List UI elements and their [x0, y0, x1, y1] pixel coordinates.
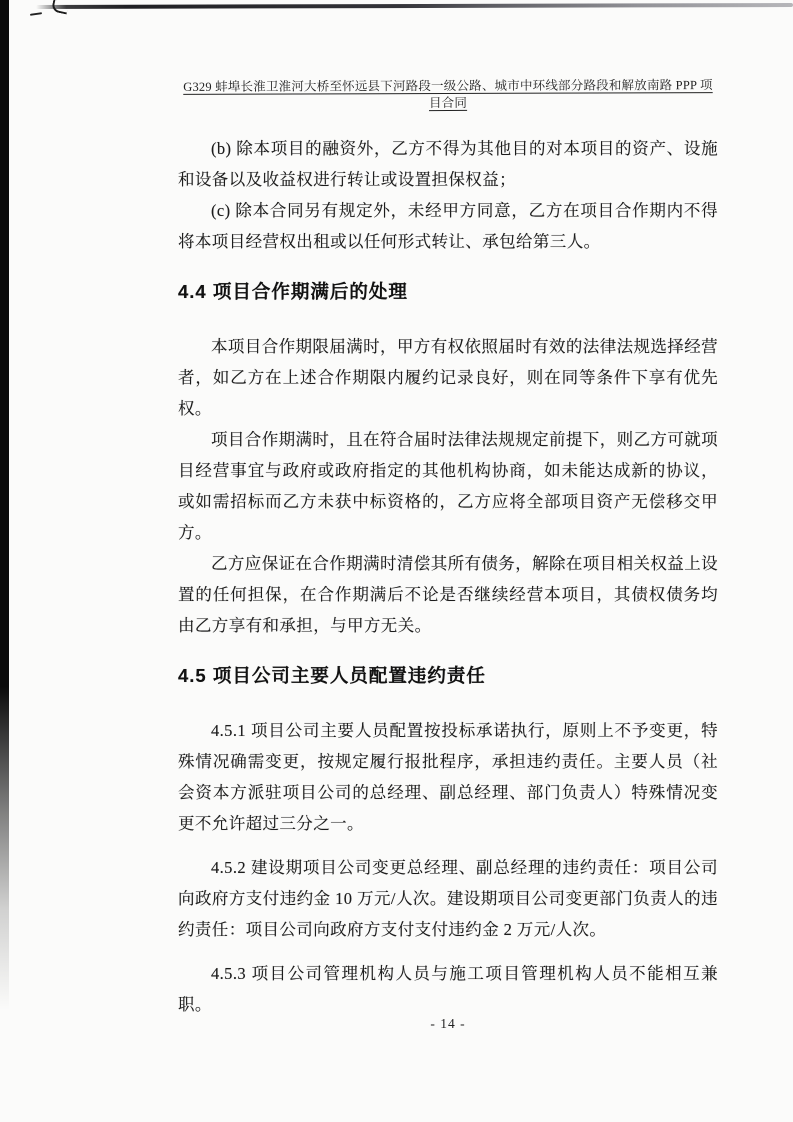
- section-4-5-heading: 4.5 项目公司主要人员配置违约责任: [178, 663, 718, 689]
- section-4-4-paragraph-3: 乙方应保证在合作期满时清偿其所有债务，解除在项目相关权益上设置的任何担保，在合作…: [178, 548, 718, 641]
- clause-c-paragraph: (c) 除本合同另有规定外，未经甲方同意，乙方在项目合作期内不得将本项目经营权出…: [178, 195, 718, 257]
- running-header: G329 蚌埠长淮卫淮河大桥至怀远县下河路段一级公路、城市中环线部分路段和解放南…: [178, 77, 718, 113]
- clause-4-5-3-paragraph: 4.5.3 项目公司管理机构人员与施工项目管理机构人员不能相互兼职。: [178, 958, 718, 1020]
- section-4-4-paragraph-1: 本项目合作期限届满时，甲方有权依照届时有效的法律法规选择经营者，如乙方在上述合作…: [178, 331, 718, 424]
- clause-b-paragraph: (b) 除本项目的融资外，乙方不得为其他目的对本项目的资产、设施和设备以及收益权…: [178, 133, 718, 195]
- scanner-mark-hook: [51, 0, 69, 15]
- scanner-line-top: [36, 3, 793, 9]
- section-4-4-heading: 4.4 项目合作期满后的处理: [178, 279, 718, 305]
- clause-4-5-2-paragraph: 4.5.2 建设期项目公司变更总经理、副总经理的违约责任：项目公司向政府方支付违…: [178, 852, 718, 945]
- clause-4-5-1-paragraph: 4.5.1 项目公司主要人员配置按投标承诺执行，原则上不予变更，特殊情况确需变更…: [178, 715, 718, 839]
- section-4-4-paragraph-2: 项目合作期满时，且在符合届时法律法规规定前提下，则乙方可就项目经营事宜与政府或政…: [178, 424, 718, 548]
- scanner-edge-left: [0, 0, 9, 1010]
- scanned-contract-page: { "document": { "running_header": "G329 …: [0, 0, 793, 1122]
- page-number: - 14 -: [178, 1016, 718, 1032]
- page-content: G329 蚌埠长淮卫淮河大桥至怀远县下河路段一级公路、城市中环线部分路段和解放南…: [178, 78, 718, 1020]
- scanner-mark-dash: [30, 12, 42, 16]
